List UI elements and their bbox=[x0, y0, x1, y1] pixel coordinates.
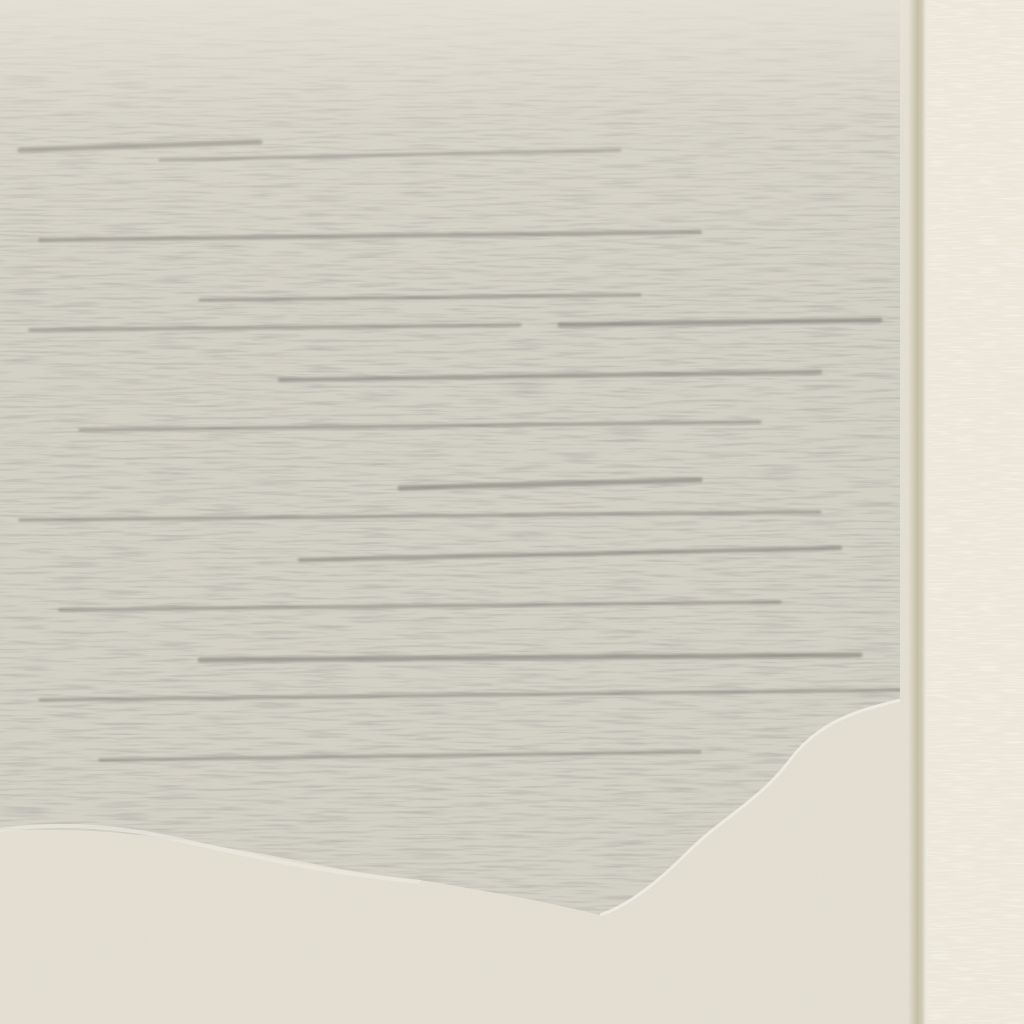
graphite-hatching bbox=[0, 0, 918, 1024]
mount-strip bbox=[926, 0, 1024, 1024]
paper-sheet bbox=[0, 0, 918, 1024]
paper-sheet-edge bbox=[908, 0, 926, 1024]
